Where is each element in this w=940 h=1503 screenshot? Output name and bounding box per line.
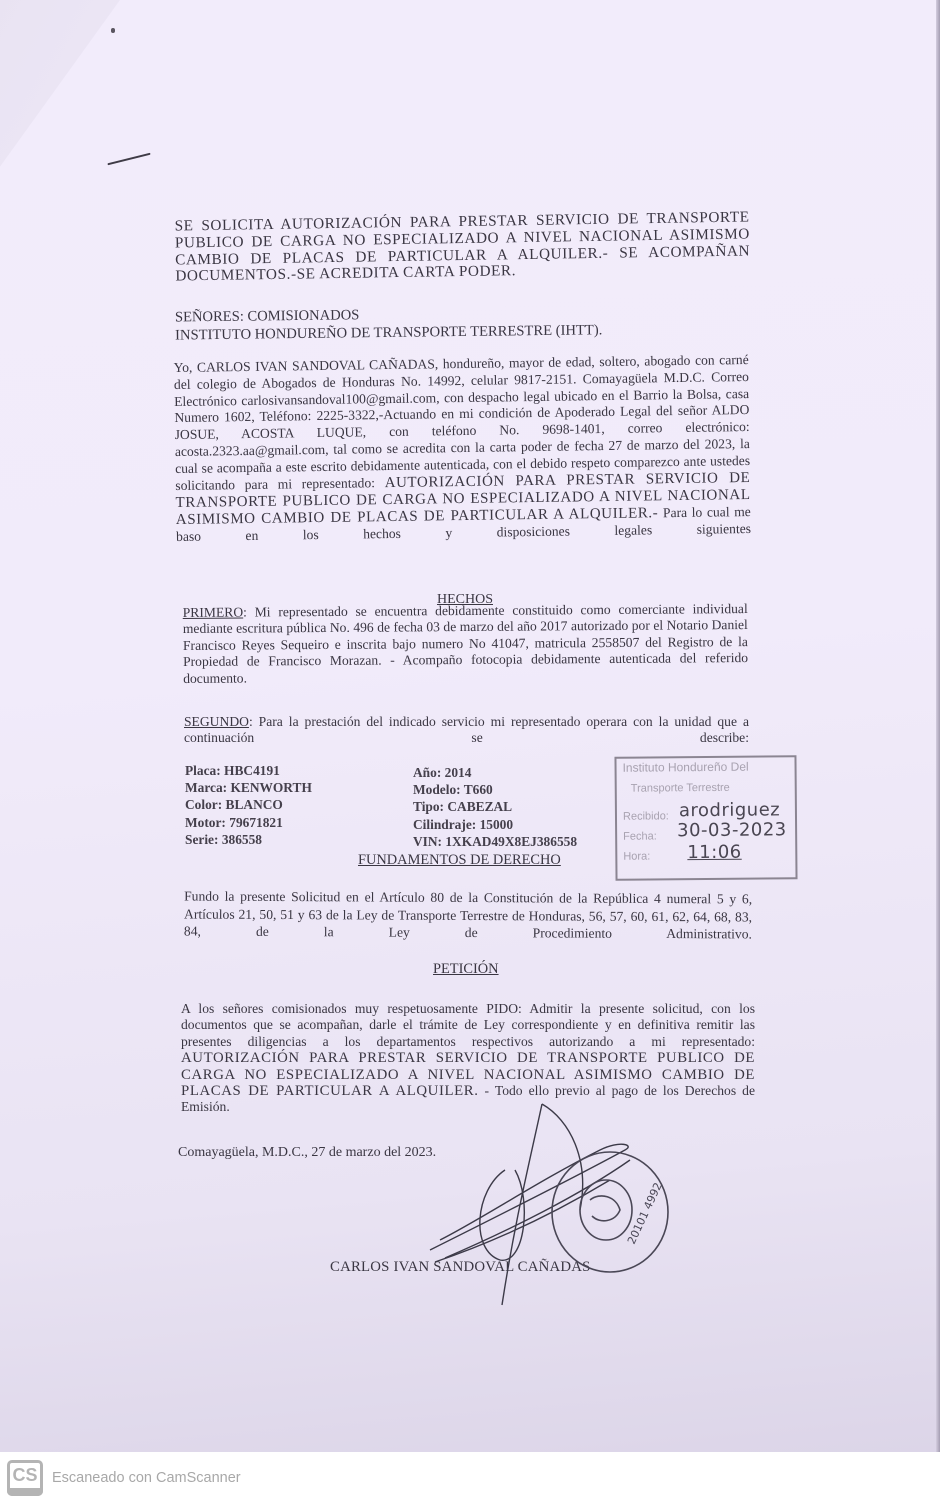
vehicle-field-tipo: Tipo: CABEZAL <box>413 798 577 815</box>
place-and-date: Comayagüela, M.D.C., 27 de marzo del 202… <box>178 1145 436 1161</box>
vehicle-field-value: 2014 <box>445 765 472 780</box>
svg-text:20101 4992: 20101 4992 <box>625 1181 665 1247</box>
vehicle-field-label: Motor: <box>185 815 229 830</box>
pen-mark <box>107 153 150 166</box>
stamp-date-label: Fecha: <box>623 830 657 842</box>
vehicle-field-label: Cilindraje: <box>413 817 480 832</box>
vehicle-field-value: HBC4191 <box>224 763 280 778</box>
vehicle-field-cilindraje: Cilindraje: 15000 <box>413 816 577 833</box>
vehicle-field-label: Marca: <box>185 780 230 795</box>
stamp-time-label: Hora: <box>623 850 650 862</box>
vehicle-field-modelo: Modelo: T660 <box>413 781 577 798</box>
received-stamp: Instituto Hondureño Del Transporte Terre… <box>614 755 797 881</box>
vehicle-field-label: VIN: <box>413 834 445 849</box>
signer-name: CARLOS IVAN SANDOVAL CAÑADAS <box>330 1259 591 1276</box>
vehicle-field-value: 1XKAD49X8EJ386558 <box>445 834 577 849</box>
stamp-time-value: 11:06 <box>687 842 742 863</box>
vehicle-field-color: Color: BLANCO <box>185 796 312 813</box>
camscanner-watermark: Escaneado con CamScanner <box>52 1470 241 1486</box>
vehicle-field-placa: Placa: HBC4191 <box>185 762 312 779</box>
document-title: SE SOLICITA AUTORIZACIÓN PARA PRESTAR SE… <box>175 209 751 285</box>
vehicle-details-right: Año: 2014Modelo: T660Tipo: CABEZALCilind… <box>413 764 577 850</box>
vehicle-field-value: BLANCO <box>226 797 283 812</box>
vehicle-field-value: CABEZAL <box>447 799 512 814</box>
camscanner-logo-icon: CS <box>7 1460 43 1496</box>
vehicle-field-motor: Motor: 79671821 <box>185 814 312 831</box>
camscanner-footer: CS Escaneado con CamScanner <box>0 1452 940 1503</box>
stamp-date-value: 30-03-2023 <box>677 819 787 841</box>
page-fold-shadow <box>0 0 120 200</box>
primero-text: : Mi representado se encuentra debidamen… <box>183 601 748 686</box>
vehicle-field-label: Año: <box>413 765 445 780</box>
vehicle-field-marca: Marca: KENWORTH <box>185 779 312 796</box>
section-heading-fundamentos: FUNDAMENTOS DE DERECHO <box>358 852 561 869</box>
vehicle-field-value: 386558 <box>222 832 262 847</box>
vehicle-field-label: Serie: <box>185 832 222 847</box>
vehicle-field-value: 79671821 <box>229 815 283 830</box>
vehicle-field-value: 15000 <box>480 817 513 832</box>
peticion-paragraph: A los señores comisionados muy respetuos… <box>181 1001 755 1132</box>
segundo-label: SEGUNDO <box>184 714 249 729</box>
stamp-institution-line-2: Transporte Terrestre <box>631 782 730 795</box>
stamp-institution: Instituto Hondureño Del <box>622 760 748 775</box>
lawyer-seal-icon: 20101 4992 <box>552 1152 668 1272</box>
stamp-received-value: arodriguez <box>679 799 780 821</box>
peticion-text: A los señores comisionados muy respetuos… <box>181 1001 755 1049</box>
page-edge <box>936 0 940 1452</box>
primero-label: PRIMERO <box>183 605 244 620</box>
vehicle-details-left: Placa: HBC4191Marca: KENWORTHColor: BLAN… <box>185 762 312 848</box>
addressee: SEÑORES: COMISIONADOS INSTITUTO HONDUREÑ… <box>175 301 750 344</box>
vehicle-field-vin: VIN: 1XKAD49X8EJ386558 <box>413 833 577 850</box>
intro-paragraph: Yo, CARLOS IVAN SANDOVAL CAÑADAS, hondur… <box>174 352 752 562</box>
stamp-received-label: Recibido: <box>623 810 669 822</box>
vehicle-field-label: Modelo: <box>413 782 464 797</box>
scanned-page: SE SOLICITA AUTORIZACIÓN PARA PRESTAR SE… <box>0 0 940 1452</box>
vehicle-field-label: Tipo: <box>413 799 447 814</box>
staple-mark <box>111 28 115 33</box>
fundamentos-paragraph: Fundo la presente Solicitud en el Artícu… <box>184 888 752 961</box>
vehicle-field-value: KENWORTH <box>230 780 311 795</box>
segundo-text: : Para la prestación del indicado servic… <box>184 714 749 745</box>
vehicle-field-label: Color: <box>185 797 226 812</box>
vehicle-field-serie: Serie: 386558 <box>185 831 312 848</box>
vehicle-field-value: T660 <box>464 782 493 797</box>
paragraph-primero: PRIMERO: Mi representado se encuentra de… <box>183 601 749 703</box>
vehicle-field-ano: Año: 2014 <box>413 764 577 781</box>
vehicle-field-label: Placa: <box>185 763 224 778</box>
section-heading-peticion: PETICIÓN <box>433 961 499 978</box>
